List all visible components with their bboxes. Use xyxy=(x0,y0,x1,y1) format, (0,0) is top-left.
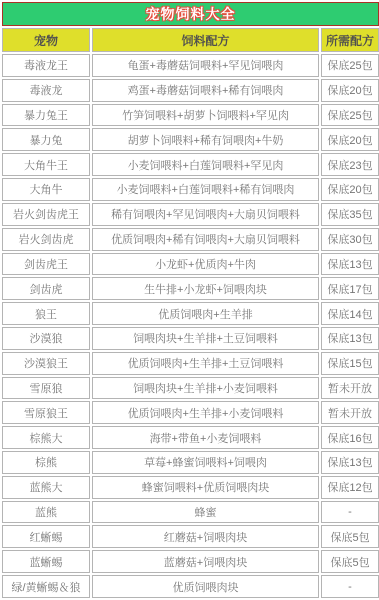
pet-name-cell: 剑齿虎王 xyxy=(2,253,90,276)
table-row: 绿/黄蜥蜴＆狼优质饲喂肉块- xyxy=(2,575,379,598)
required-packs-cell: 保底12包 xyxy=(321,476,379,499)
pet-name-cell: 暴力兔 xyxy=(2,128,90,151)
recipe-cell: 稀有饲喂肉+罕见饲喂肉+大扇贝饲喂料 xyxy=(92,203,319,226)
recipe-cell: 海带+带鱼+小麦饲喂料 xyxy=(92,426,319,449)
required-packs-cell: - xyxy=(321,501,379,524)
table-row: 沙漠狼饲喂肉块+生羊排+土豆饲喂料保底13包 xyxy=(2,327,379,350)
recipe-cell: 优质饲喂肉块 xyxy=(92,575,319,598)
required-packs-cell: 保底5包 xyxy=(321,525,379,548)
pet-name-cell: 沙漠狼 xyxy=(2,327,90,350)
table-row: 沙漠狼王优质饲喂肉+生羊排+土豆饲喂料保底15包 xyxy=(2,352,379,375)
table-body: 毒液龙王龟蛋+毒蘑菇饲喂料+罕见饲喂肉保底25包毒液龙鸡蛋+毒蘑菇饲喂料+稀有饲… xyxy=(2,54,379,598)
recipe-cell: 小麦饲喂料+白莲饲喂料+稀有饲喂肉 xyxy=(92,178,319,201)
required-packs-cell: 保底30包 xyxy=(321,228,379,251)
pet-name-cell: 雪原狼 xyxy=(2,377,90,400)
required-packs-cell: 保底20包 xyxy=(321,79,379,102)
required-packs-cell: 暂未开放 xyxy=(321,377,379,400)
table-row: 剑齿虎生牛排+小龙虾+饲喂肉块保底17包 xyxy=(2,277,379,300)
table-row: 雪原狼饲喂肉块+生羊排+小麦饲喂料暂未开放 xyxy=(2,377,379,400)
table-row: 雪原狼王优质饲喂肉+生羊排+小麦饲喂料暂未开放 xyxy=(2,401,379,424)
required-packs-cell: 暂未开放 xyxy=(321,401,379,424)
recipe-cell: 生牛排+小龙虾+饲喂肉块 xyxy=(92,277,319,300)
column-header-required: 所需配方 xyxy=(321,28,379,52)
table-title: 宠物饲料大全 xyxy=(2,2,379,26)
required-packs-cell: 保底13包 xyxy=(321,253,379,276)
recipe-cell: 优质饲喂肉+稀有饲喂肉+大扇贝饲喂料 xyxy=(92,228,319,251)
pet-name-cell: 红蜥蜴 xyxy=(2,525,90,548)
table-row: 棕熊大海带+带鱼+小麦饲喂料保底16包 xyxy=(2,426,379,449)
table-row: 岩火剑齿虎王稀有饲喂肉+罕见饲喂肉+大扇贝饲喂料保底35包 xyxy=(2,203,379,226)
recipe-cell: 龟蛋+毒蘑菇饲喂料+罕见饲喂肉 xyxy=(92,54,319,77)
recipe-cell: 蜂蜜饲喂料+优质饲喂肉块 xyxy=(92,476,319,499)
recipe-cell: 竹笋饲喂料+胡萝卜饲喂料+罕见肉 xyxy=(92,104,319,127)
pet-name-cell: 毒液龙 xyxy=(2,79,90,102)
header-row: 宠物 饲料配方 所需配方 xyxy=(2,28,379,52)
table-row: 暴力兔胡萝卜饲喂料+稀有饲喂肉+牛奶保底20包 xyxy=(2,128,379,151)
recipe-cell: 优质饲喂肉+生羊排 xyxy=(92,302,319,325)
recipe-cell: 饲喂肉块+生羊排+土豆饲喂料 xyxy=(92,327,319,350)
pet-name-cell: 大角牛 xyxy=(2,178,90,201)
required-packs-cell: 保底14包 xyxy=(321,302,379,325)
table-row: 岩火剑齿虎优质饲喂肉+稀有饲喂肉+大扇贝饲喂料保底30包 xyxy=(2,228,379,251)
pet-name-cell: 暴力兔王 xyxy=(2,104,90,127)
pet-name-cell: 岩火剑齿虎王 xyxy=(2,203,90,226)
required-packs-cell: 保底5包 xyxy=(321,550,379,573)
table-row: 毒液龙王龟蛋+毒蘑菇饲喂料+罕见饲喂肉保底25包 xyxy=(2,54,379,77)
pet-name-cell: 绿/黄蜥蜴＆狼 xyxy=(2,575,90,598)
recipe-cell: 蜂蜜 xyxy=(92,501,319,524)
table-row: 蓝蜥蜴蓝蘑菇+饲喂肉块保底5包 xyxy=(2,550,379,573)
required-packs-cell: 保底13包 xyxy=(321,451,379,474)
table-row: 狼王优质饲喂肉+生羊排保底14包 xyxy=(2,302,379,325)
pet-name-cell: 狼王 xyxy=(2,302,90,325)
required-packs-cell: 保底15包 xyxy=(321,352,379,375)
required-packs-cell: 保底13包 xyxy=(321,327,379,350)
required-packs-cell: 保底20包 xyxy=(321,128,379,151)
table-row: 蓝熊大蜂蜜饲喂料+优质饲喂肉块保底12包 xyxy=(2,476,379,499)
pet-name-cell: 岩火剑齿虎 xyxy=(2,228,90,251)
page: 宠物饲料大全 宠物 饲料配方 所需配方 毒液龙王龟蛋+毒蘑菇饲喂料+罕见饲喂肉保… xyxy=(0,0,379,600)
recipe-cell: 小龙虾+优质肉+牛肉 xyxy=(92,253,319,276)
pet-name-cell: 毒液龙王 xyxy=(2,54,90,77)
required-packs-cell: 保底16包 xyxy=(321,426,379,449)
required-packs-cell: 保底25包 xyxy=(321,104,379,127)
column-header-recipe: 饲料配方 xyxy=(92,28,319,52)
recipe-cell: 草莓+蜂蜜饲喂料+饲喂肉 xyxy=(92,451,319,474)
pet-name-cell: 棕熊大 xyxy=(2,426,90,449)
pet-name-cell: 大角牛王 xyxy=(2,153,90,176)
table-row: 大角牛小麦饲喂料+白莲饲喂料+稀有饲喂肉保底20包 xyxy=(2,178,379,201)
recipe-cell: 优质饲喂肉+生羊排+小麦饲喂料 xyxy=(92,401,319,424)
table-row: 暴力兔王竹笋饲喂料+胡萝卜饲喂料+罕见肉保底25包 xyxy=(2,104,379,127)
required-packs-cell: 保底35包 xyxy=(321,203,379,226)
table-row: 毒液龙鸡蛋+毒蘑菇饲喂料+稀有饲喂肉保底20包 xyxy=(2,79,379,102)
pet-name-cell: 蓝熊 xyxy=(2,501,90,524)
table-row: 大角牛王小麦饲喂料+白莲饲喂料+罕见肉保底23包 xyxy=(2,153,379,176)
recipe-cell: 红蘑菇+饲喂肉块 xyxy=(92,525,319,548)
required-packs-cell: 保底17包 xyxy=(321,277,379,300)
column-header-pet: 宠物 xyxy=(2,28,90,52)
recipe-cell: 鸡蛋+毒蘑菇饲喂料+稀有饲喂肉 xyxy=(92,79,319,102)
recipe-cell: 蓝蘑菇+饲喂肉块 xyxy=(92,550,319,573)
required-packs-cell: - xyxy=(321,575,379,598)
recipe-cell: 胡萝卜饲喂料+稀有饲喂肉+牛奶 xyxy=(92,128,319,151)
pet-name-cell: 雪原狼王 xyxy=(2,401,90,424)
pet-name-cell: 剑齿虎 xyxy=(2,277,90,300)
table-row: 棕熊草莓+蜂蜜饲喂料+饲喂肉保底13包 xyxy=(2,451,379,474)
pet-name-cell: 棕熊 xyxy=(2,451,90,474)
table-row: 蓝熊蜂蜜- xyxy=(2,501,379,524)
table-row: 剑齿虎王小龙虾+优质肉+牛肉保底13包 xyxy=(2,253,379,276)
pet-name-cell: 蓝蜥蜴 xyxy=(2,550,90,573)
required-packs-cell: 保底25包 xyxy=(321,54,379,77)
recipe-cell: 优质饲喂肉+生羊排+土豆饲喂料 xyxy=(92,352,319,375)
recipe-cell: 小麦饲喂料+白莲饲喂料+罕见肉 xyxy=(92,153,319,176)
table-row: 红蜥蜴红蘑菇+饲喂肉块保底5包 xyxy=(2,525,379,548)
pet-feed-table: 宠物饲料大全 宠物 饲料配方 所需配方 毒液龙王龟蛋+毒蘑菇饲喂料+罕见饲喂肉保… xyxy=(0,0,379,600)
title-row: 宠物饲料大全 xyxy=(2,2,379,26)
recipe-cell: 饲喂肉块+生羊排+小麦饲喂料 xyxy=(92,377,319,400)
required-packs-cell: 保底23包 xyxy=(321,153,379,176)
pet-name-cell: 沙漠狼王 xyxy=(2,352,90,375)
required-packs-cell: 保底20包 xyxy=(321,178,379,201)
pet-name-cell: 蓝熊大 xyxy=(2,476,90,499)
